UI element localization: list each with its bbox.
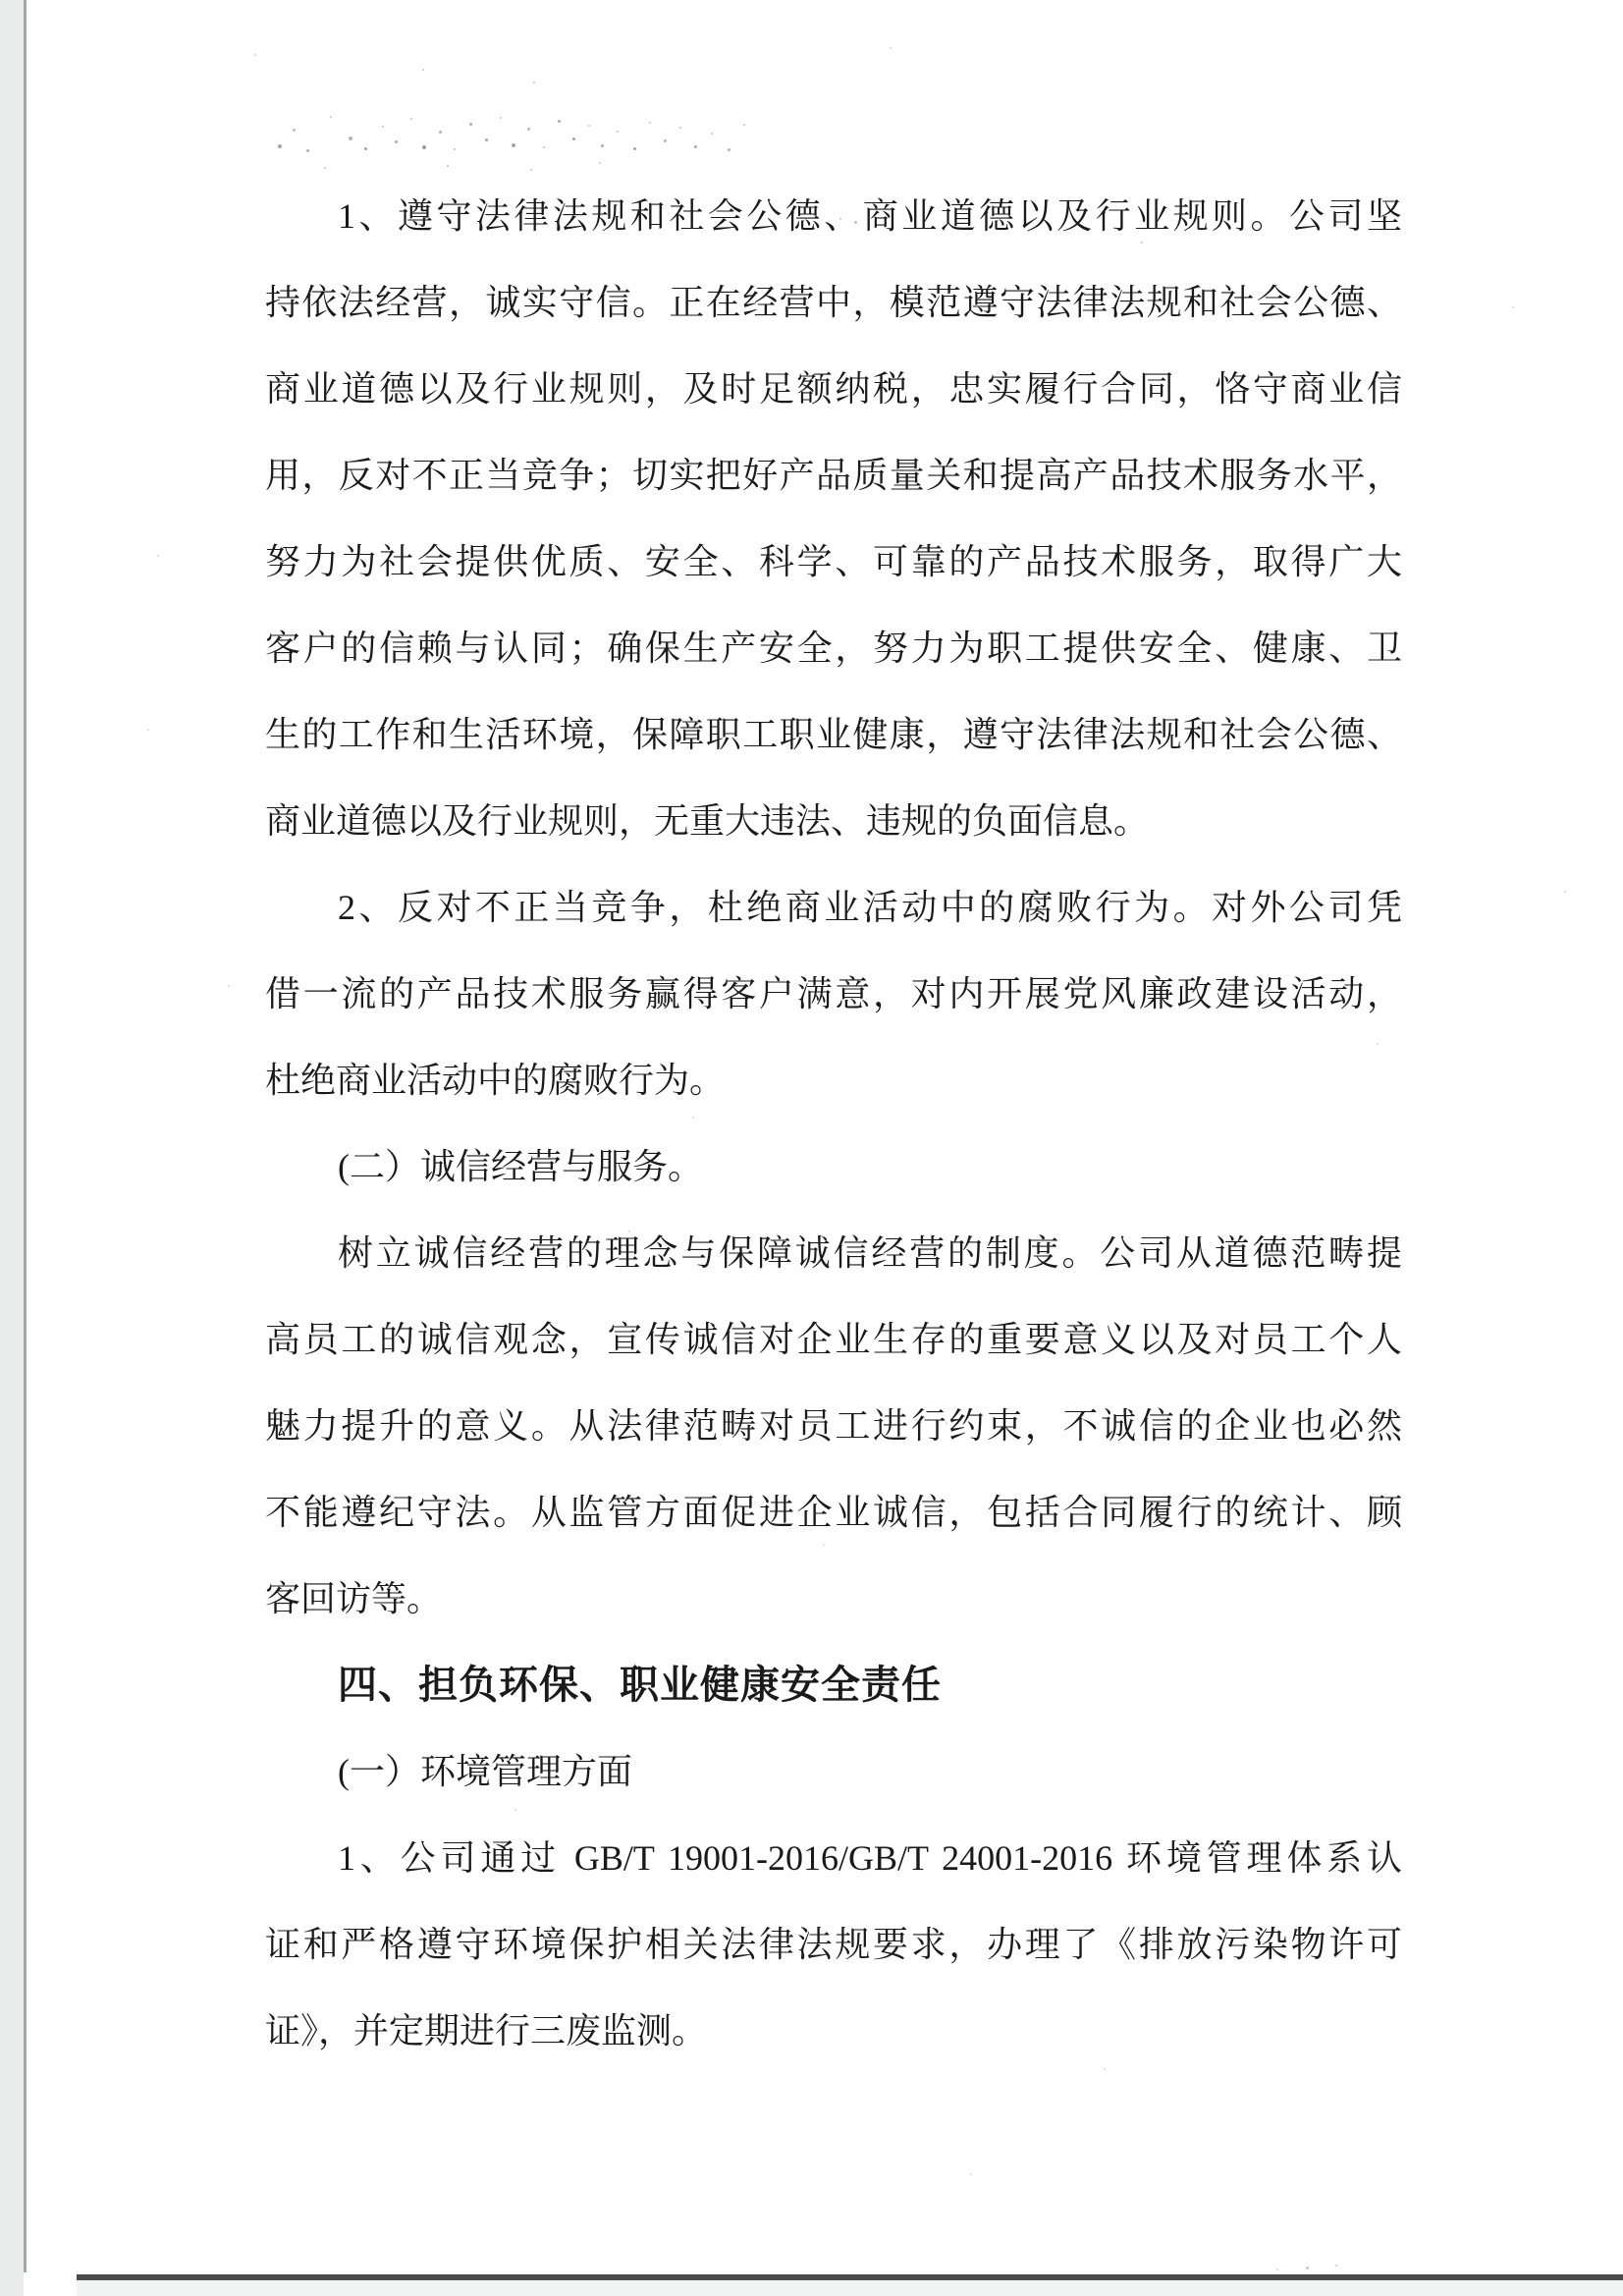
scan-noise-dot bbox=[970, 2173, 972, 2175]
scan-noise-dot bbox=[439, 131, 442, 134]
body-text-line: 树立诚信经营的理念与保障诚信经营的制度。公司从道德范畴提 bbox=[265, 1210, 1402, 1296]
scan-noise-dot bbox=[293, 129, 296, 132]
scanned-document-screenshot: { "colors": { "page_bg": "#fefefe", "tex… bbox=[0, 0, 1623, 2296]
scan-noise-dot bbox=[743, 124, 745, 126]
scan-noise-dot bbox=[890, 47, 892, 49]
scan-noise-dot bbox=[533, 82, 535, 83]
scan-noise-dot bbox=[422, 69, 424, 71]
body-text-line: 借一流的产品技术服务赢得客户满意，对内开展党风廉政建设活动， bbox=[265, 951, 1402, 1037]
scan-noise-dot bbox=[330, 116, 332, 118]
scan-noise-dot bbox=[512, 143, 515, 147]
scan-noise-dot bbox=[664, 139, 667, 142]
scan-noise-dot bbox=[1276, 2269, 1278, 2270]
scan-noise-dot bbox=[679, 127, 681, 129]
scan-noise-dot bbox=[617, 131, 619, 133]
scan-noise-dot bbox=[588, 125, 590, 127]
scan-noise-dot bbox=[485, 138, 488, 141]
scan-noise-dot bbox=[711, 133, 713, 135]
scan-noise-dot bbox=[649, 122, 651, 124]
scan-noise-dot bbox=[1335, 2265, 1337, 2267]
scan-noise-dot bbox=[306, 149, 309, 152]
scan-left-edge-strip bbox=[0, 0, 24, 2296]
scan-noise-dot bbox=[278, 144, 282, 148]
section-heading-line: 四、担负环保、职业健康安全责任 bbox=[265, 1642, 1402, 1728]
scan-noise-dot bbox=[410, 118, 412, 120]
body-text-line: 1、公司通过 GB/T 19001-2016/GB/T 24001-2016 环… bbox=[265, 1815, 1402, 1901]
scan-noise-dot bbox=[1306, 2267, 1309, 2269]
body-text-line: (二）诚信经营与服务。 bbox=[265, 1123, 1402, 1210]
scan-noise-dot bbox=[147, 729, 149, 731]
scan-noise-dot bbox=[728, 148, 730, 151]
scan-noise-dot bbox=[395, 140, 398, 143]
body-text-line: 生的工作和生活环境，保障职工职业健康，遵守法律法规和社会公德、 bbox=[265, 691, 1402, 778]
body-text-line: 不能遵纪守法。从监管方面促进企业诚信，包括合同履行的统计、顾 bbox=[265, 1469, 1402, 1556]
body-text-line: 商业道德以及行业规则，无重大违法、违规的负面信息。 bbox=[265, 778, 1402, 864]
body-text-line: 客户的信赖与认同；确保生产安全，努力为职工提供安全、健康、卫 bbox=[265, 605, 1402, 691]
scan-left-edge-line bbox=[24, 0, 27, 2272]
scan-noise-dot bbox=[633, 147, 636, 150]
scan-noise-dot bbox=[599, 162, 601, 164]
scan-noise-dot bbox=[228, 985, 230, 987]
body-text-line: 持依法经营，诚实守信。正在经营中，模范遵守法律法规和社会公德、 bbox=[265, 259, 1402, 346]
body-text-line: 努力为社会提供优质、安全、科学、可靠的产品技术服务，取得广大 bbox=[265, 519, 1402, 605]
scan-noise-dot bbox=[349, 137, 352, 140]
body-text-line: 用，反对不正当竞争；切实把好产品质量关和提高产品技术服务水平， bbox=[265, 432, 1402, 519]
body-text-line: 2、反对不正当竞争，杜绝商业活动中的腐败行为。对外公司凭 bbox=[265, 864, 1402, 951]
document-text-block: 1、遵守法律法规和社会公德、商业道德以及行业规则。公司坚持依法经营，诚实守信。正… bbox=[265, 173, 1402, 2074]
body-text-line: 高员工的诚信观念，宣传诚信对企业生存的重要意义以及对员工个人 bbox=[265, 1296, 1402, 1383]
scan-noise-dot bbox=[543, 146, 545, 148]
scan-noise-dot bbox=[324, 167, 326, 169]
body-text-line: 1、遵守法律法规和社会公德、商业道德以及行业规则。公司坚 bbox=[265, 173, 1402, 259]
body-text-line: 商业道德以及行业规则，及时足额纳税，忠实履行合同，恪守商业信 bbox=[265, 346, 1402, 432]
scan-noise-dot bbox=[500, 117, 502, 119]
scan-noise-dot bbox=[382, 126, 384, 128]
body-text-line: 客回访等。 bbox=[265, 1556, 1402, 1642]
scan-noise-dot bbox=[254, 54, 256, 56]
scan-noise-dot bbox=[447, 165, 449, 167]
body-text-line: 证》，并定期进行三废监测。 bbox=[265, 1988, 1402, 2074]
body-text-line: (一）环境管理方面 bbox=[265, 1728, 1402, 1815]
scan-noise-dot bbox=[530, 169, 532, 171]
scan-noise-dot bbox=[1512, 306, 1514, 308]
scan-noise-dot bbox=[572, 137, 575, 140]
scan-noise-dot bbox=[1564, 891, 1566, 893]
scan-noise-dot bbox=[527, 128, 530, 131]
scan-noise-dot bbox=[157, 555, 159, 557]
body-text-line: 杜绝商业活动中的腐败行为。 bbox=[265, 1037, 1402, 1123]
scan-noise-dot bbox=[422, 145, 426, 149]
body-text-line: 魅力提升的意义。从法律范畴对员工进行约束，不诚信的企业也必然 bbox=[265, 1383, 1402, 1469]
scan-noise-dot bbox=[694, 145, 697, 148]
scan-noise-dot bbox=[469, 123, 472, 126]
scan-noise-dot bbox=[364, 147, 367, 150]
scan-noise-dot bbox=[601, 144, 604, 147]
scan-noise-dot bbox=[454, 148, 456, 150]
body-text-line: 证和严格遵守环境保护相关法律法规要求，办理了《排放污染物许可 bbox=[265, 1901, 1402, 1988]
scan-noise-dot bbox=[558, 120, 561, 123]
scan-bottom-edge-shadow bbox=[77, 2280, 1623, 2296]
